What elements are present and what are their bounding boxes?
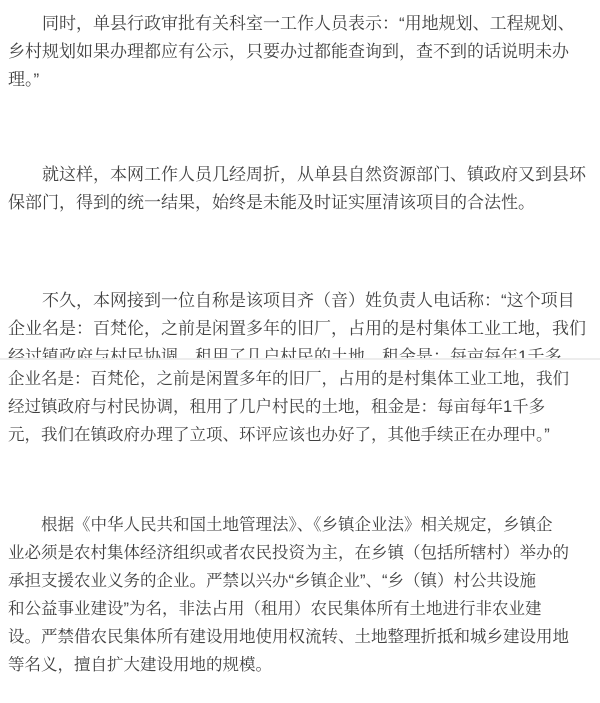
text-line: 等名义，擅自扩大建设用地的规模。 <box>8 651 594 679</box>
text-line: 设。严禁借农民集体所有建设用地使用权流转、土地整理折抵和城乡建设用地 <box>8 623 594 651</box>
text-line: 根据《中华人民共和国土地管理法》、《乡镇企业法》相关规定，乡镇企 <box>8 511 594 539</box>
text-line: 就这样，本网工作人员几经周折，从单县自然资源部门、镇政府又到县环 <box>8 161 594 189</box>
article-body: 同时，单县行政审批有关科室一工作人员表示：“用地规划、工程规划、乡村规划如果办理… <box>0 0 600 679</box>
text-line: 企业名是：百梵伦，之前是闲置多年的旧厂，占用的是村集体工业工地，我们 <box>8 365 594 393</box>
text-line: 承担支援农业义务的企业。严禁以兴办“乡镇企业”、“乡（镇）村公共设施 <box>8 567 594 595</box>
text-line: 保部门，得到的统一结果，始终是未能及时证实厘清该项目的合法性。 <box>8 189 594 217</box>
text-line: 企业名是：百梵伦，之前是闲置多年的旧厂，占用的是村集体工业工地，我们 <box>8 315 594 343</box>
text-line: 和公益事业建设”为名，非法占用（租用）农民集体所有土地进行非农业建 <box>8 595 594 623</box>
text-line: 经过镇政府与村民协调，租用了几户村民的土地，租金是：每亩每年1千多 <box>8 393 594 421</box>
paragraph-official-statement: 同时，单县行政审批有关科室一工作人员表示：“用地规划、工程规划、乡村规划如果办理… <box>8 10 594 94</box>
paragraph-phone-call-clipped: 不久，本网接到一位自称是该项目齐（音）姓负责人电话称：“这个项目企业名是：百梵伦… <box>8 287 594 358</box>
text-line: 理。” <box>8 66 594 94</box>
text-line: 乡村规划如果办理都应有公示，只要办过都能查询到，查不到的话说明未办 <box>8 38 594 66</box>
text-line: 业必须是农村集体经济组织或者农民投资为主，在乡镇（包括所辖村）举办的 <box>8 539 594 567</box>
text-line: 同时，单县行政审批有关科室一工作人员表示：“用地规划、工程规划、 <box>8 10 594 38</box>
text-line: 经过镇政府与村民协调，租用了几户村民的土地，租金是：每亩每年1千多 <box>8 343 594 358</box>
text-line: 不久，本网接到一位自称是该项目齐（音）姓负责人电话称：“这个项目 <box>8 287 594 315</box>
paragraph-law-reference: 根据《中华人民共和国土地管理法》、《乡镇企业法》相关规定，乡镇企业必须是农村集体… <box>8 511 594 679</box>
paragraph-phone-call-continued: 企业名是：百梵伦，之前是闲置多年的旧厂，占用的是村集体工业工地，我们经过镇政府与… <box>8 365 594 449</box>
paragraph-investigation-result: 就这样，本网工作人员几经周折，从单县自然资源部门、镇政府又到县环保部门，得到的统… <box>8 161 594 217</box>
text-line: 元，我们在镇政府办理了立项、环评应该也办好了，其他手续正在办理中。” <box>8 421 594 449</box>
screenshot-stitch-seam <box>0 358 600 360</box>
